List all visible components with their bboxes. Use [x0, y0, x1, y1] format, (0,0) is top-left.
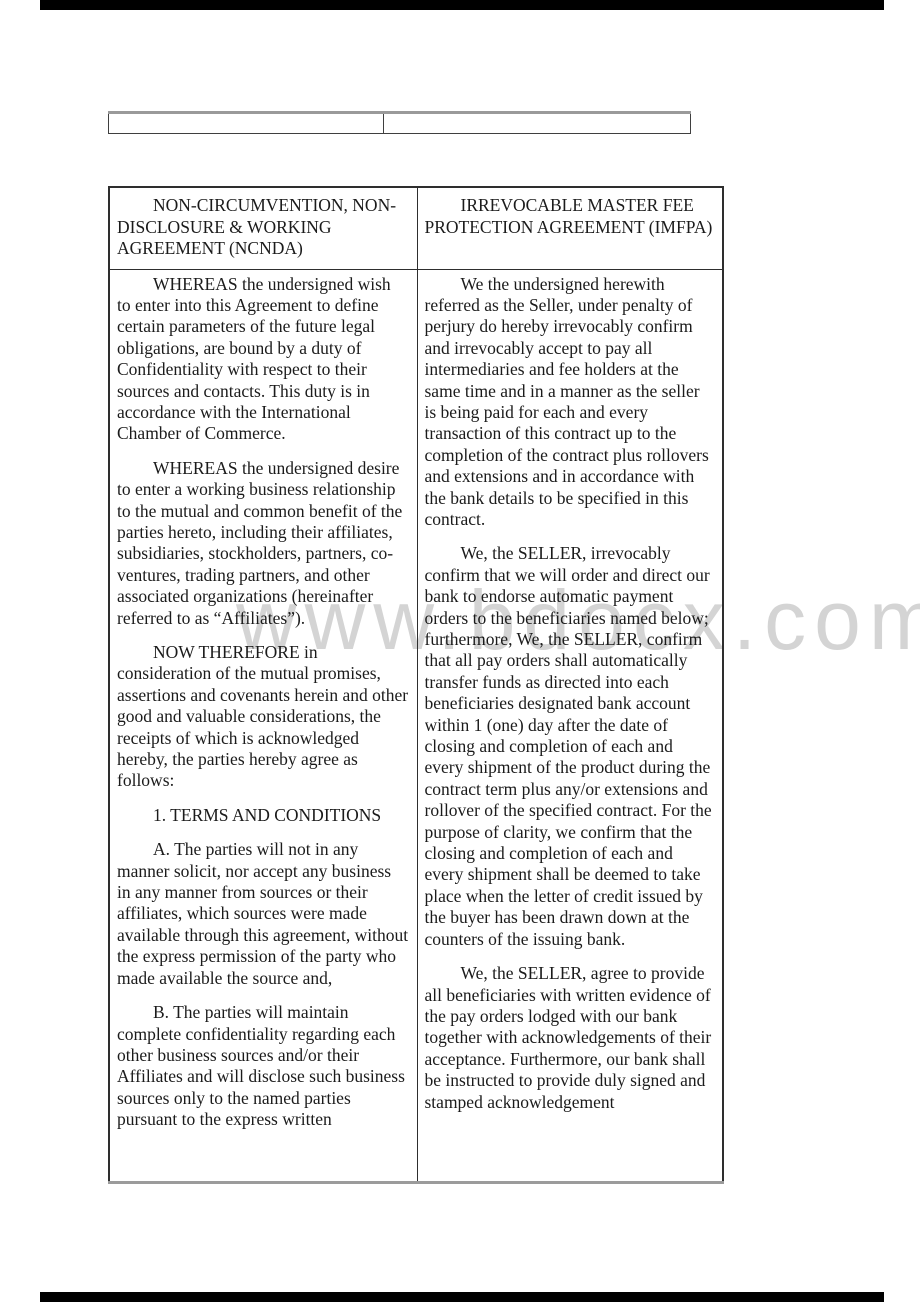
ncnda-terms-heading: 1. TERMS AND CONDITIONS	[117, 805, 409, 826]
reference-table-row	[109, 113, 691, 134]
top-scan-bar	[40, 0, 884, 10]
ncnda-header-cell: NON-CIRCUMVENTION, NON-DISCLOSURE & WORK…	[109, 187, 417, 269]
imfpa-text-column: We the undersigned herewith referred as …	[425, 274, 715, 1179]
imfpa-paragraph: We the undersigned herewith referred as …	[425, 274, 715, 531]
imfpa-body-cell: We the undersigned herewith referred as …	[417, 269, 723, 1182]
ncnda-paragraph: WHEREAS the undersigned desire to enter …	[117, 458, 409, 629]
agreement-table: NON-CIRCUMVENTION, NON-DISCLOSURE & WORK…	[108, 186, 724, 1184]
ncnda-text-column: WHEREAS the undersigned wish to enter in…	[117, 274, 409, 1179]
document-page: www.bdocx.com NON-CIRCUMVENTION, NON-DIS…	[0, 0, 920, 1302]
reference-cell-right	[384, 113, 691, 134]
reference-table	[108, 111, 691, 134]
ncnda-body-cell: WHEREAS the undersigned wish to enter in…	[109, 269, 417, 1182]
ncnda-title: NON-CIRCUMVENTION, NON-DISCLOSURE & WORK…	[117, 192, 409, 260]
ncnda-paragraph: WHEREAS the undersigned wish to enter in…	[117, 274, 409, 445]
agreement-header-row: NON-CIRCUMVENTION, NON-DISCLOSURE & WORK…	[109, 187, 723, 269]
bottom-scan-bar	[40, 1292, 884, 1302]
ncnda-paragraph: NOW THEREFORE in consideration of the mu…	[117, 642, 409, 792]
ncnda-paragraph: A. The parties will not in any manner so…	[117, 839, 409, 989]
ncnda-paragraph: B. The parties will maintain complete co…	[117, 1002, 409, 1130]
imfpa-paragraph: We, the SELLER, agree to provide all ben…	[425, 963, 715, 1113]
reference-cell-left	[109, 113, 384, 134]
imfpa-header-cell: IRREVOCABLE MASTER FEE PROTECTION AGREEM…	[417, 187, 723, 269]
imfpa-paragraph: We, the SELLER, irrevocably confirm that…	[425, 543, 715, 950]
imfpa-title: IRREVOCABLE MASTER FEE PROTECTION AGREEM…	[425, 192, 715, 238]
agreement-body-row: WHEREAS the undersigned wish to enter in…	[109, 269, 723, 1182]
